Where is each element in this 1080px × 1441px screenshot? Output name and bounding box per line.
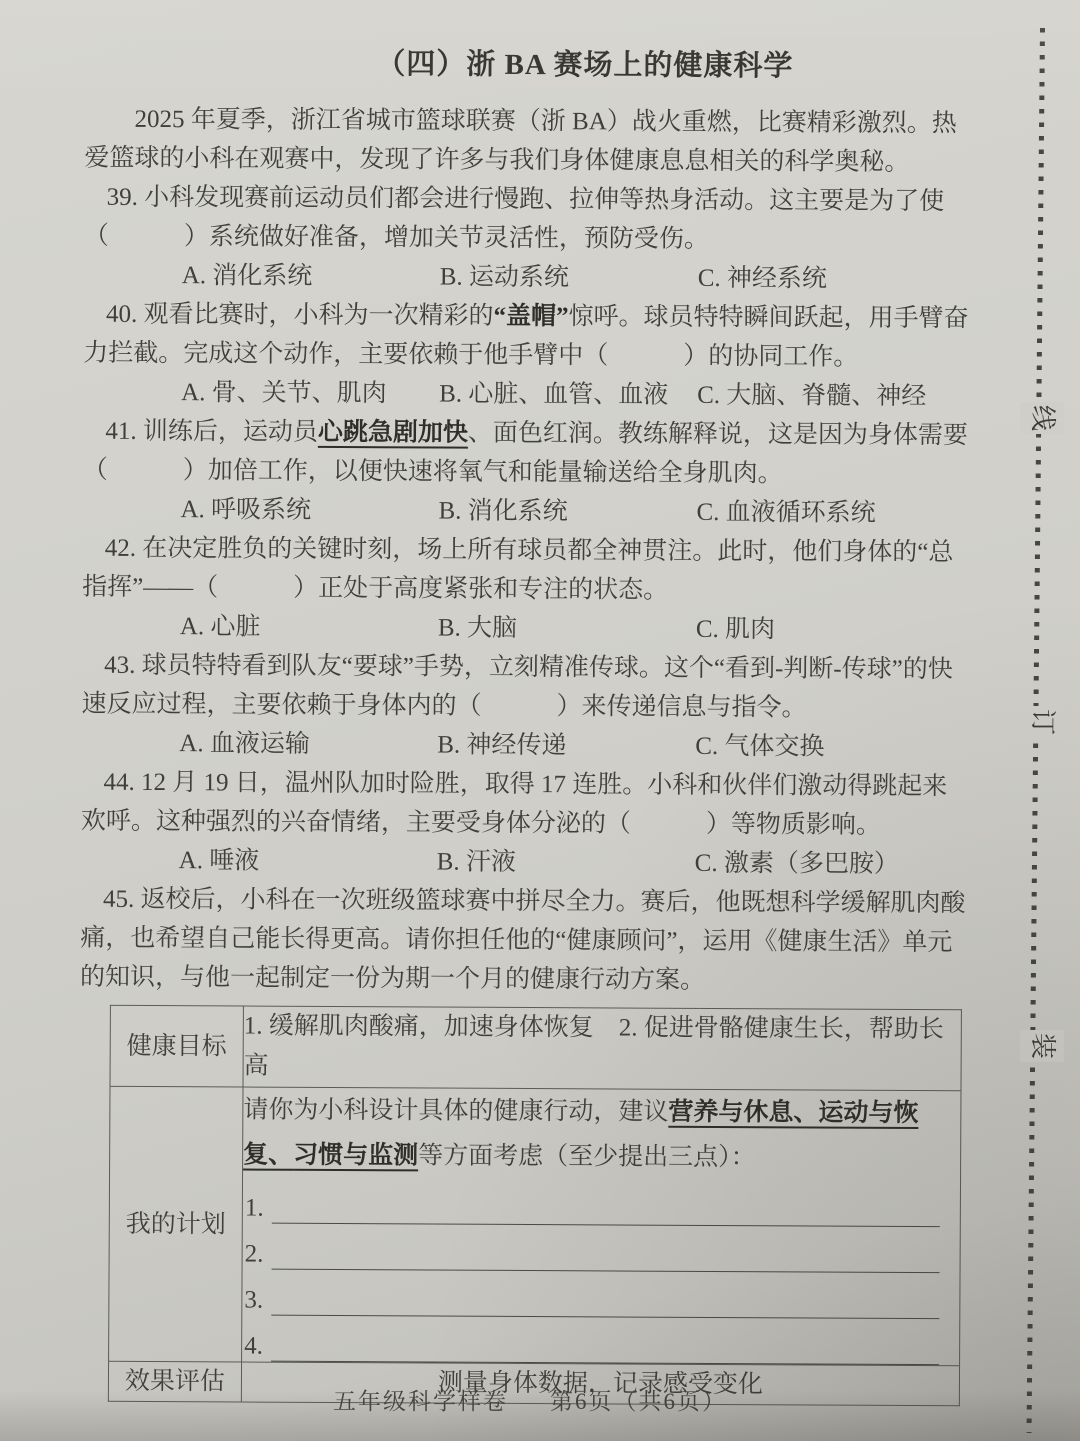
- question-39: 39. 小科发现赛前运动员们都会进行慢跑、拉伸等热身活动。这主要是为了使（ ）系…: [84, 178, 975, 300]
- binding-char-ding: 订: [1020, 706, 1064, 738]
- exam-page-content: （四）浙 BA 赛场上的健康科学 2025 年夏季，浙江省城市篮球联赛（浙 BA…: [78, 36, 975, 1407]
- question-41-options: A. 呼吸系统 B. 消化系统 C. 血液循环系统: [82, 490, 972, 534]
- answer-blank-1: 1.: [245, 1193, 940, 1228]
- section-title: （四）浙 BA 赛场上的健康科学: [140, 42, 1030, 89]
- question-39-option-c: C. 神经系统: [698, 259, 974, 299]
- goal-content-cell: 1. 缓解肌肉酸痛，加速身体恢复 2. 促进骨骼健康生长，帮助长高: [243, 1006, 961, 1091]
- goal-header-cell: 健康目标: [110, 1005, 243, 1087]
- answer-blank-2-line: [271, 1240, 939, 1273]
- question-41-stem: 41. 训练后，运动员心跳急剧加快、面色红润。教练解释说，这是因为身体需要（ ）…: [83, 412, 973, 495]
- table-row-plan: 我的计划 请你为小科设计具体的健康行动，建议营养与休息、运动与恢复、习惯与监测等…: [109, 1086, 961, 1365]
- question-44-option-b: B. 汗液: [437, 843, 695, 883]
- answer-blank-3: 3.: [244, 1285, 939, 1320]
- answer-blank-2: 2.: [245, 1239, 940, 1274]
- question-44-options: A. 唾液 B. 汗液 C. 激素（多巴胺）: [81, 841, 971, 885]
- question-39-stem: 39. 小科发现赛前运动员们都会进行慢跑、拉伸等热身活动。这主要是为了使（ ）系…: [84, 178, 974, 261]
- footer-exam-name: 五年级科学样卷: [333, 1389, 508, 1414]
- question-39-option-b: B. 运动系统: [440, 258, 698, 298]
- question-41: 41. 训练后，运动员心跳急剧加快、面色红润。教练解释说，这是因为身体需要（ ）…: [82, 412, 973, 534]
- answer-blank-4-number: 4.: [244, 1331, 263, 1362]
- footer-page-info: 第6页（共6页）: [550, 1389, 727, 1414]
- question-39-option-a: A. 消化系统: [182, 256, 440, 296]
- question-40-option-a: A. 骨、关节、肌肉: [181, 373, 439, 413]
- question-41-option-b: B. 消化系统: [438, 492, 696, 532]
- question-40-stem: 40. 观看比赛时，小科为一次精彩的“盖帽”惊呼。球员特特瞬间跃起，用手臂奋力拦…: [83, 295, 973, 378]
- question-42-option-c: C. 肌肉: [696, 610, 972, 650]
- health-plan-table: 健康目标 1. 缓解肌肉酸痛，加速身体恢复 2. 促进骨骼健康生长，帮助长高 我…: [108, 1005, 962, 1406]
- page-footer: 五年级科学样卷第6页（共6页）: [85, 1383, 975, 1416]
- plan-prompt-pre: 请你为小科设计具体的健康行动，建议: [243, 1097, 668, 1126]
- question-40-options: A. 骨、关节、肌肉 B. 心脏、血管、血液 C. 大脑、脊髓、神经: [83, 373, 973, 417]
- answer-blank-1-number: 1.: [245, 1193, 264, 1224]
- answer-blank-1-line: [272, 1194, 940, 1227]
- answer-blank-4: 4.: [244, 1331, 939, 1366]
- question-43-option-c: C. 气体交换: [695, 727, 971, 767]
- question-40-stem-pre: 40. 观看比赛时，小科为一次精彩的: [106, 301, 494, 330]
- question-44: 44. 12 月 19 日，温州队加时险胜，取得 17 连胜。小科和伙伴们激动得…: [81, 763, 972, 885]
- question-41-option-c: C. 血液循环系统: [696, 493, 972, 533]
- question-45-stem: 45. 返校后，小科在一次班级篮球赛中拼尽全力。赛后，他既想科学缓解肌肉酸痛，也…: [80, 880, 971, 1002]
- question-42-options: A. 心脏 B. 大脑 C. 肌肉: [82, 607, 972, 651]
- intro-paragraph: 2025 年夏季，浙江省城市篮球联赛（浙 BA）战火重燃，比赛精彩激烈。热爱篮球…: [84, 100, 974, 183]
- answer-blank-2-number: 2.: [245, 1239, 264, 1270]
- plan-header-cell: 我的计划: [109, 1086, 243, 1362]
- question-43-option-a: A. 血液运输: [179, 724, 437, 764]
- binding-char-zhuang: 装: [1020, 1030, 1064, 1062]
- question-42-option-b: B. 大脑: [438, 609, 696, 649]
- answer-blank-4-line: [271, 1332, 939, 1365]
- question-40-option-b: B. 心脏、血管、血液: [439, 375, 697, 415]
- question-41-stem-pre: 41. 训练后，运动员: [105, 418, 318, 446]
- plan-prompt-emphasis-2: 习惯与监测: [293, 1142, 418, 1170]
- question-40-emphasis: “盖帽”: [493, 303, 568, 330]
- question-44-option-a: A. 唾液: [179, 841, 437, 881]
- answer-blank-3-number: 3.: [244, 1285, 263, 1316]
- question-45: 45. 返校后，小科在一次班级篮球赛中拼尽全力。赛后，他既想科学缓解肌肉酸痛，也…: [80, 880, 971, 1002]
- question-44-stem: 44. 12 月 19 日，温州队加时险胜，取得 17 连胜。小科和伙伴们激动得…: [81, 763, 971, 846]
- question-40: 40. 观看比赛时，小科为一次精彩的“盖帽”惊呼。球员特特瞬间跃起，用手臂奋力拦…: [83, 295, 974, 417]
- question-43: 43. 球员特特看到队友“要球”手势，立刻精准传球。这个“看到-判断-传球”的快…: [81, 646, 972, 768]
- question-41-emphasis: 心跳急剧加快: [318, 419, 468, 447]
- answer-blank-3-line: [271, 1286, 939, 1319]
- plan-content-cell: 请你为小科设计具体的健康行动，建议营养与休息、运动与恢复、习惯与监测等方面考虑（…: [242, 1087, 961, 1366]
- question-44-option-c: C. 激素（多巴胺）: [695, 844, 971, 884]
- question-42-option-a: A. 心脏: [180, 607, 438, 647]
- question-41-option-a: A. 呼吸系统: [180, 490, 438, 530]
- question-39-options: A. 消化系统 B. 运动系统 C. 神经系统: [84, 256, 974, 300]
- question-43-stem: 43. 球员特特看到队友“要球”手势，立刻精准传球。这个“看到-判断-传球”的快…: [81, 646, 971, 729]
- plan-prompt: 请你为小科设计具体的健康行动，建议营养与休息、运动与恢复、习惯与监测等方面考虑（…: [243, 1088, 960, 1182]
- question-42: 42. 在决定胜负的关键时刻，场上所有球员都全神贯注。此时，他们身体的“总指挥”…: [82, 529, 973, 651]
- question-42-stem: 42. 在决定胜负的关键时刻，场上所有球员都全神贯注。此时，他们身体的“总指挥”…: [82, 529, 972, 612]
- question-43-option-b: B. 神经传递: [437, 726, 695, 766]
- exam-paper-photo: （四）浙 BA 赛场上的健康科学 2025 年夏季，浙江省城市篮球联赛（浙 BA…: [0, 0, 1080, 1441]
- plan-prompt-post: 等方面考虑（至少提出三点）：: [418, 1142, 756, 1171]
- question-40-option-c: C. 大脑、脊髓、神经: [697, 376, 973, 416]
- question-43-options: A. 血液运输 B. 神经传递 C. 气体交换: [81, 724, 971, 768]
- binding-char-xian: 线: [1020, 402, 1064, 434]
- table-row-goal: 健康目标 1. 缓解肌肉酸痛，加速身体恢复 2. 促进骨骼健康生长，帮助长高: [110, 1005, 961, 1090]
